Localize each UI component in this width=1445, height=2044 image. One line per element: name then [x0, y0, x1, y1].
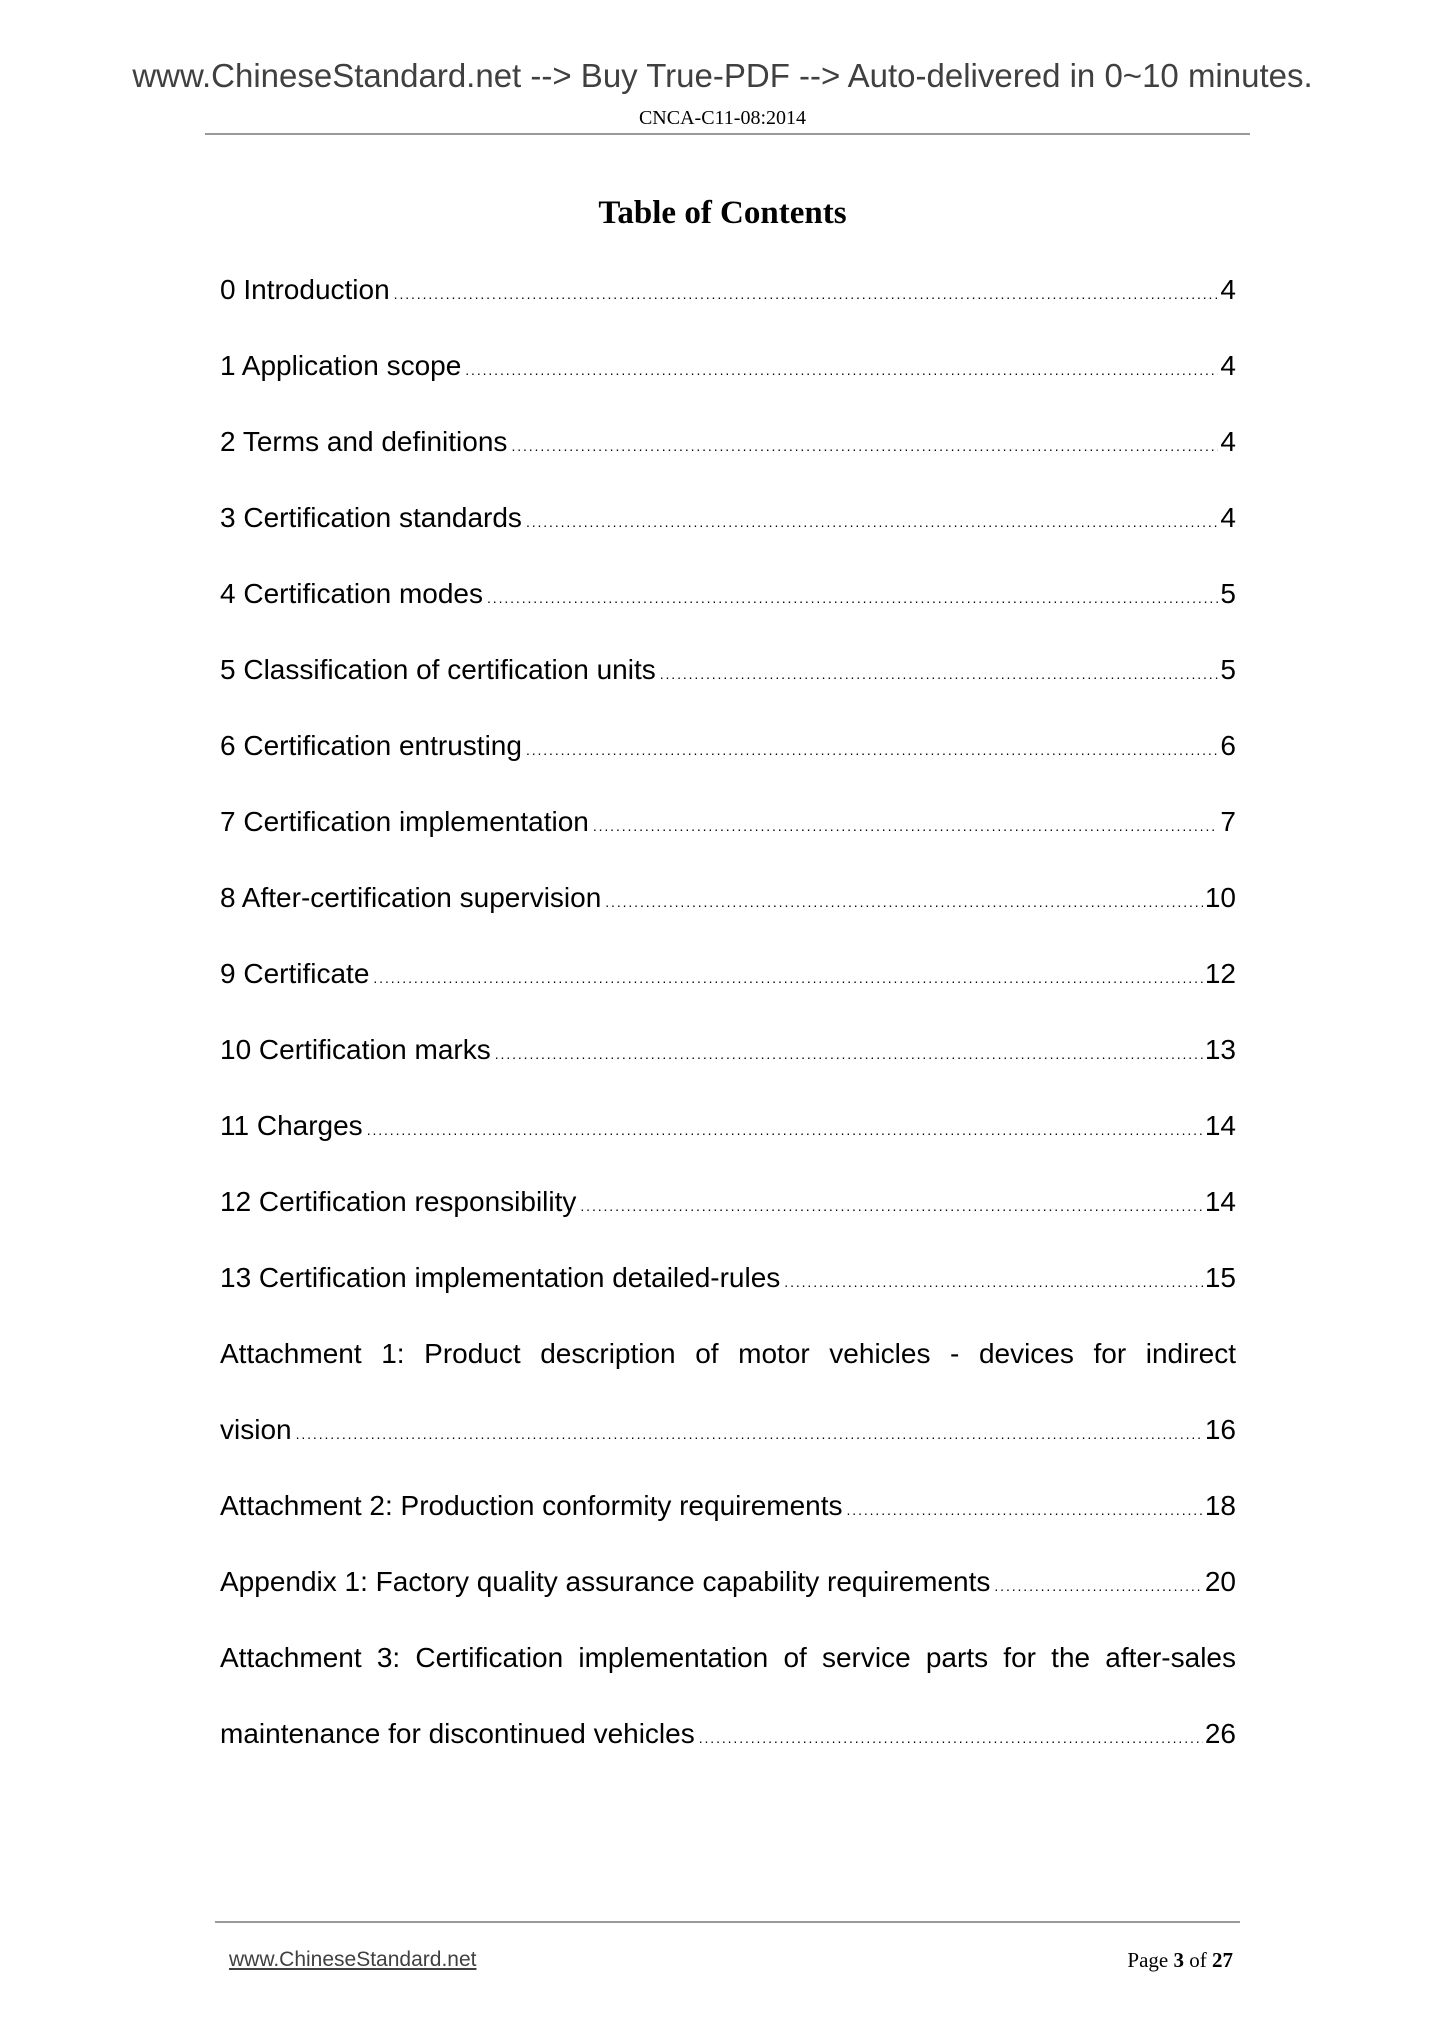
toc-entry-label: 3 Certification standards [220, 498, 526, 538]
toc-entry-page: 26 [1203, 1714, 1236, 1754]
toc-entry-line[interactable]: Attachment 3: Certification implementati… [220, 1638, 1236, 1714]
toc-entry-label: 0 Introduction [220, 270, 394, 310]
toc-entry[interactable]: 0 Introduction4 [220, 270, 1236, 346]
toc-entry-page: 4 [1218, 422, 1236, 462]
toc-entry-label: 2 Terms and definitions [220, 422, 511, 462]
toc-entry[interactable]: Attachment 2: Production conformity requ… [220, 1486, 1236, 1562]
toc-entry[interactable]: 10 Certification marks13 [220, 1030, 1236, 1106]
dot-leader [847, 1486, 1203, 1530]
toc-entry-label: 9 Certificate [220, 954, 373, 994]
toc-entry[interactable]: Appendix 1: Factory quality assurance ca… [220, 1562, 1236, 1638]
toc-entry-label: Attachment 1: Product description of mot… [220, 1334, 1236, 1374]
toc-entry-page: 5 [1218, 650, 1236, 690]
header-banner: www.ChineseStandard.net --> Buy True-PDF… [0, 56, 1445, 96]
toc-entry-page: 10 [1203, 878, 1236, 918]
page-indicator: Page 3 of 27 [1127, 1946, 1233, 1974]
toc-entry-label: 4 Certification modes [220, 574, 487, 614]
footer-website-link[interactable]: www.ChineseStandard.net [229, 1946, 476, 1974]
toc-entry-page: 14 [1203, 1106, 1236, 1146]
toc-entry[interactable]: 5 Classification of certification units5 [220, 650, 1236, 726]
dot-leader [296, 1410, 1203, 1454]
dot-leader [511, 422, 1218, 466]
toc-entry[interactable]: 7 Certification implementation7 [220, 802, 1236, 878]
toc-entry[interactable]: maintenance for discontinued vehicles26 [220, 1714, 1236, 1790]
page-of-label: of [1189, 1948, 1207, 1972]
dot-leader [487, 574, 1218, 618]
toc-entry-page: 15 [1203, 1258, 1236, 1298]
toc-entry-page: 6 [1218, 726, 1236, 766]
dot-leader [394, 270, 1219, 314]
toc-entry-page: 13 [1203, 1030, 1236, 1070]
dot-leader [660, 650, 1219, 694]
dot-leader [526, 498, 1218, 542]
toc-entry-label: 5 Classification of certification units [220, 650, 660, 690]
dot-leader [495, 1030, 1203, 1074]
dot-leader [580, 1182, 1202, 1226]
toc-entry-page: 14 [1203, 1182, 1236, 1222]
toc-entry-label: 7 Certification implementation [220, 802, 593, 842]
toc-entry-label: maintenance for discontinued vehicles [220, 1714, 699, 1754]
toc-entry-label: 10 Certification marks [220, 1030, 495, 1070]
table-of-contents: 0 Introduction41 Application scope42 Ter… [220, 270, 1236, 1790]
toc-entry-label: 8 After-certification supervision [220, 878, 605, 918]
toc-entry[interactable]: 8 After-certification supervision10 [220, 878, 1236, 954]
dot-leader [367, 1106, 1203, 1150]
toc-entry-page: 12 [1203, 954, 1236, 994]
toc-entry[interactable]: 3 Certification standards4 [220, 498, 1236, 574]
toc-entry-page: 20 [1203, 1562, 1236, 1602]
toc-entry-page: 4 [1218, 498, 1236, 538]
toc-entry-label: vision [220, 1410, 296, 1450]
toc-entry-page: 18 [1203, 1486, 1236, 1526]
toc-entry-page: 7 [1218, 802, 1236, 842]
toc-entry[interactable]: 9 Certificate12 [220, 954, 1236, 1030]
toc-entry-line[interactable]: Attachment 1: Product description of mot… [220, 1334, 1236, 1410]
toc-entry[interactable]: 4 Certification modes5 [220, 574, 1236, 650]
footer-divider [215, 1921, 1240, 1923]
dot-leader [373, 954, 1202, 998]
toc-entry-page: 16 [1203, 1410, 1236, 1450]
toc-entry-page: 4 [1218, 346, 1236, 386]
toc-entry-label: 12 Certification responsibility [220, 1182, 580, 1222]
toc-entry[interactable]: 11 Charges14 [220, 1106, 1236, 1182]
toc-entry-label: 1 Application scope [220, 346, 465, 386]
dot-leader [699, 1714, 1203, 1758]
dot-leader [526, 726, 1218, 770]
toc-entry-label: 13 Certification implementation detailed… [220, 1258, 784, 1298]
toc-entry[interactable]: 13 Certification implementation detailed… [220, 1258, 1236, 1334]
toc-title: Table of Contents [0, 193, 1445, 233]
toc-entry[interactable]: 12 Certification responsibility14 [220, 1182, 1236, 1258]
toc-entry[interactable]: 1 Application scope4 [220, 346, 1236, 422]
toc-entry-label: Attachment 2: Production conformity requ… [220, 1486, 847, 1526]
page-label: Page [1127, 1948, 1168, 1972]
dot-leader [593, 802, 1219, 846]
toc-entry-label: 11 Charges [220, 1106, 367, 1146]
toc-entry-label: Attachment 3: Certification implementati… [220, 1638, 1236, 1678]
dot-leader [994, 1562, 1202, 1606]
toc-entry-page: 5 [1218, 574, 1236, 614]
document-code: CNCA-C11-08:2014 [0, 106, 1445, 130]
toc-entry-page: 4 [1218, 270, 1236, 310]
toc-entry[interactable]: 2 Terms and definitions4 [220, 422, 1236, 498]
page-total: 27 [1212, 1948, 1233, 1972]
page-current: 3 [1174, 1948, 1185, 1972]
toc-entry-label: Appendix 1: Factory quality assurance ca… [220, 1562, 994, 1602]
header-divider [205, 133, 1250, 135]
toc-entry[interactable]: 6 Certification entrusting6 [220, 726, 1236, 802]
dot-leader [465, 346, 1218, 390]
dot-leader [605, 878, 1203, 922]
toc-entry-label: 6 Certification entrusting [220, 726, 526, 766]
dot-leader [784, 1258, 1203, 1302]
toc-entry[interactable]: vision16 [220, 1410, 1236, 1486]
